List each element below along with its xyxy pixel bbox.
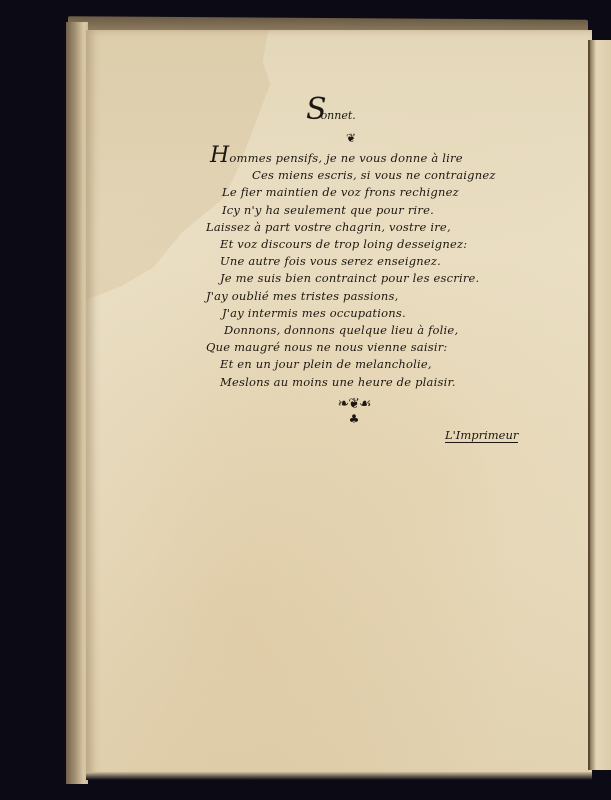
poem-line: J'ay oublié mes tristes passions, (206, 288, 526, 305)
fleuron-icon: ❦ (346, 130, 526, 146)
sonnet-text-block: Sonnet. ❦ Hommes pensifs, je ne vous don… (196, 90, 526, 391)
title-rest: onnet. (321, 109, 356, 122)
poem-line: J'ay intermis mes occupations. (222, 305, 526, 322)
poem-line: Icy n'y ha seulement que pour rire. (222, 202, 526, 219)
printer-signature: L'Imprimeur (445, 428, 518, 443)
poem-line: Une autre fois vous serez enseignez. (220, 253, 526, 270)
next-page-edge (590, 40, 611, 770)
ornament-scroll-icon: ❧❦☙ (334, 396, 374, 412)
poem-line: Je me suis bien contrainct pour les escr… (220, 270, 526, 287)
poem-line: Hommes pensifs, je ne vous donne à lire (210, 150, 526, 167)
poem-line: Et voz discours de trop loing desseignez… (220, 236, 526, 253)
poem-line: Le fier maintien de voz frons rechignez (222, 184, 526, 201)
ornament-flower-icon: ♣ (334, 412, 374, 426)
page-bottom-edge (86, 772, 592, 780)
tailpiece-ornament: ❧❦☙ ♣ (334, 396, 374, 426)
scanned-book-page: Sonnet. ❦ Hommes pensifs, je ne vous don… (0, 0, 611, 800)
poem-line: Donnons, donnons quelque lieu à folie, (224, 322, 526, 339)
poem-line: Meslons au moins une heure de plaisir. (220, 374, 526, 391)
drop-initial: H (210, 143, 229, 168)
book-spine-edge (66, 22, 88, 784)
poem-line: Que maugré nous ne nous vienne saisir: (206, 339, 526, 356)
poem-line: Ces miens escris, si vous ne contraignez (252, 167, 526, 184)
poem: Hommes pensifs, je ne vous donne à lire … (196, 150, 526, 391)
page-title: Sonnet. (306, 90, 526, 130)
poem-line: Et en un jour plein de melancholie, (220, 356, 526, 373)
poem-line: Laissez à part vostre chagrin, vostre ir… (206, 219, 526, 236)
